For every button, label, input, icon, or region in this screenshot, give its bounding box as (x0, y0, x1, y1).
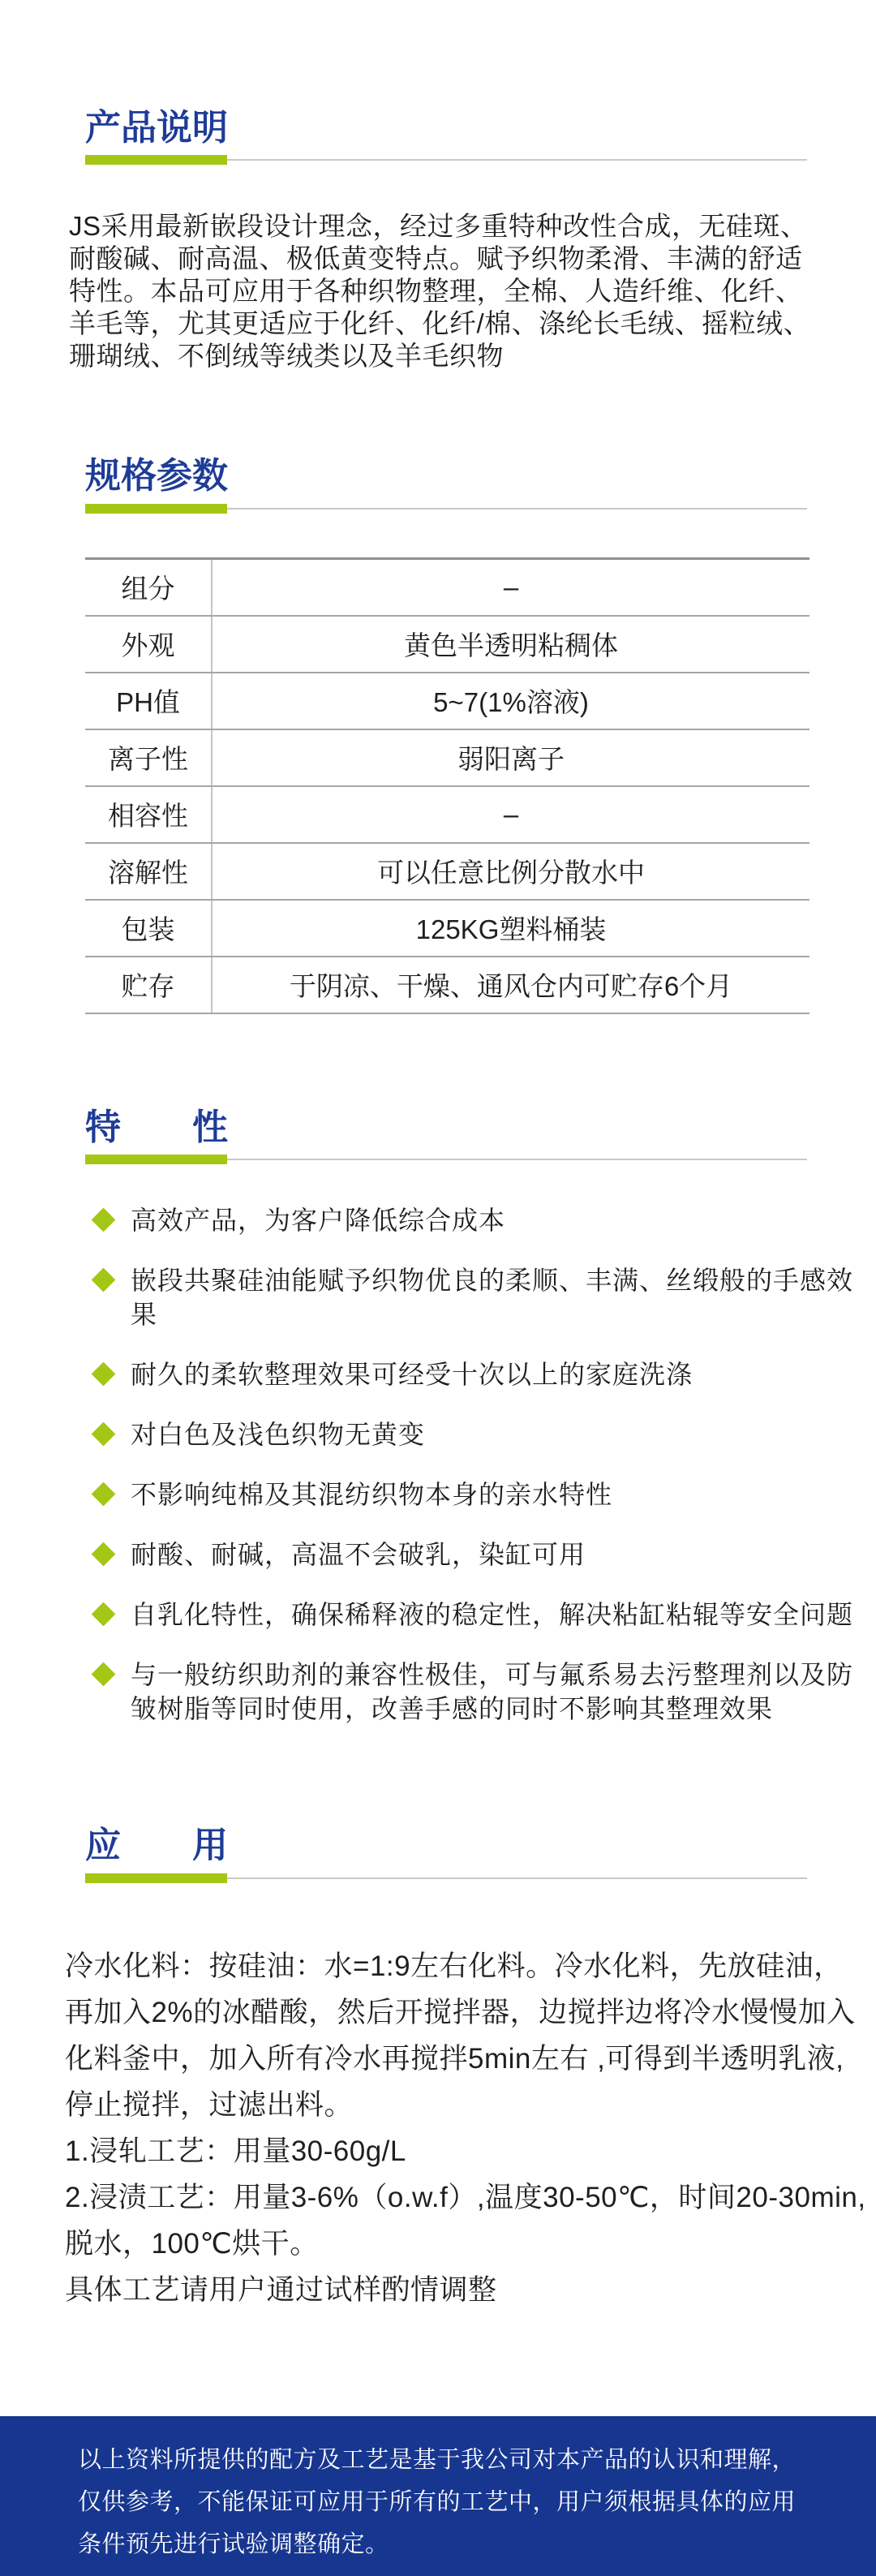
section-title-features: 特 性 (85, 1108, 807, 1147)
green-accent-bar (85, 504, 227, 514)
section-title-application: 应 用 (85, 1826, 807, 1865)
gray-rule-line (227, 1877, 807, 1879)
spec-value: 黄色半透明粘稠体 (213, 617, 809, 672)
spec-row-component: 组分 – (85, 560, 809, 617)
description-text: JS采用最新嵌段设计理念，经过多重特种改性合成，无硅斑、 耐酸碱、耐高温、极低黄… (69, 210, 844, 372)
feature-text: 对白色及浅色织物无黄变 (131, 1417, 425, 1451)
section-specs: 规格参数 组分 – 外观 黄色半透明粘稠体 PH值 5~7(1%溶液) 离子性 … (0, 457, 876, 1013)
spec-row-storage: 贮存 于阴凉、干燥、通风仓内可贮存6个月 (85, 957, 809, 1014)
section-divider (85, 1873, 807, 1883)
list-item: 不影响纯棉及其混纺织物本身的亲水特性 (91, 1477, 868, 1512)
section-divider (85, 155, 807, 165)
section-divider (85, 1155, 807, 1164)
section-title-specs: 规格参数 (85, 457, 807, 496)
spec-value: 125KG塑料桶装 (213, 901, 809, 956)
section-application: 应 用 冷水化料：按硅油：水=1:9左右化料。冷水化料，先放硅油， 再加入2%的… (0, 1826, 876, 2312)
spec-row-appearance: 外观 黄色半透明粘稠体 (85, 617, 809, 673)
green-accent-bar (85, 1155, 227, 1164)
gray-rule-line (227, 508, 807, 510)
spec-row-solubility: 溶解性 可以任意比例分散水中 (85, 844, 809, 901)
green-accent-bar (85, 1873, 227, 1883)
green-accent-bar (85, 155, 227, 165)
spec-label: 溶解性 (85, 844, 213, 899)
list-item: 耐久的柔软整理效果可经受十次以上的家庭洗涤 (91, 1357, 868, 1391)
application-text: 冷水化料：按硅油：水=1:9左右化料。冷水化料，先放硅油， 再加入2%的冰醋酸，… (65, 1943, 868, 2313)
diamond-bullet-icon (92, 1542, 116, 1567)
spec-label: 外观 (85, 617, 213, 672)
list-item: 耐酸、耐碱，高温不会破乳，染缸可用 (91, 1537, 868, 1572)
diamond-bullet-icon (92, 1268, 116, 1292)
diamond-bullet-icon (92, 1208, 116, 1232)
diamond-bullet-icon (92, 1422, 116, 1447)
diamond-bullet-icon (92, 1362, 116, 1387)
section-features: 特 性 高效产品，为客户降低综合成本 嵌段共聚硅油能赋予织物优良的柔顺、丰满、丝… (0, 1108, 876, 1726)
specs-table: 组分 – 外观 黄色半透明粘稠体 PH值 5~7(1%溶液) 离子性 弱阳离子 … (85, 557, 809, 1014)
disclaimer-footer: 以上资料所提供的配方及工艺是基于我公司对本产品的认识和理解， 仅供参考，不能保证… (0, 2416, 876, 2576)
list-item: 对白色及浅色织物无黄变 (91, 1417, 868, 1451)
disclaimer-text: 以上资料所提供的配方及工艺是基于我公司对本产品的认识和理解， 仅供参考，不能保证… (0, 2416, 876, 2565)
diamond-bullet-icon (92, 1662, 116, 1687)
list-item: 嵌段共聚硅油能赋予织物优良的柔顺、丰满、丝缎般的手感效果 (91, 1263, 868, 1331)
spec-row-packaging: 包装 125KG塑料桶装 (85, 901, 809, 957)
product-detail-page: 产品说明 JS采用最新嵌段设计理念，经过多重特种改性合成，无硅斑、 耐酸碱、耐高… (0, 109, 876, 2313)
spec-value: – (213, 560, 809, 615)
spec-value: 5~7(1%溶液) (213, 673, 809, 729)
spec-label: PH值 (85, 673, 213, 729)
spec-label: 包装 (85, 901, 213, 956)
feature-text: 耐久的柔软整理效果可经受十次以上的家庭洗涤 (131, 1357, 693, 1391)
spec-row-ph: PH值 5~7(1%溶液) (85, 673, 809, 730)
spec-value: 可以任意比例分散水中 (213, 844, 809, 899)
list-item: 与一般纺织助剂的兼容性极佳，可与氟系易去污整理剂以及防 皱树脂等同时使用，改善手… (91, 1658, 868, 1726)
section-title-description: 产品说明 (85, 109, 807, 148)
section-product-description: 产品说明 JS采用最新嵌段设计理念，经过多重特种改性合成，无硅斑、 耐酸碱、耐高… (0, 109, 876, 372)
diamond-bullet-icon (92, 1482, 116, 1507)
feature-text: 与一般纺织助剂的兼容性极佳，可与氟系易去污整理剂以及防 皱树脂等同时使用，改善手… (131, 1658, 853, 1726)
feature-text: 自乳化特性，确保稀释液的稳定性，解决粘缸粘辊等安全问题 (131, 1598, 853, 1632)
gray-rule-line (227, 159, 807, 161)
spec-row-compatibility: 相容性 – (85, 787, 809, 844)
feature-text: 耐酸、耐碱，高温不会破乳，染缸可用 (131, 1537, 586, 1572)
spec-label: 离子性 (85, 730, 213, 785)
section-divider (85, 504, 807, 514)
spec-value: 于阴凉、干燥、通风仓内可贮存6个月 (213, 957, 809, 1013)
feature-text: 高效产品，为客户降低综合成本 (131, 1203, 505, 1237)
diamond-bullet-icon (92, 1602, 116, 1627)
spec-row-ionicity: 离子性 弱阳离子 (85, 730, 809, 787)
list-item: 高效产品，为客户降低综合成本 (91, 1203, 868, 1237)
list-item: 自乳化特性，确保稀释液的稳定性，解决粘缸粘辊等安全问题 (91, 1598, 868, 1632)
spec-label: 组分 (85, 560, 213, 615)
gray-rule-line (227, 1159, 807, 1160)
spec-label: 贮存 (85, 957, 213, 1013)
spec-value: 弱阳离子 (213, 730, 809, 785)
spec-label: 相容性 (85, 787, 213, 842)
features-list: 高效产品，为客户降低综合成本 嵌段共聚硅油能赋予织物优良的柔顺、丰满、丝缎般的手… (91, 1203, 868, 1726)
feature-text: 嵌段共聚硅油能赋予织物优良的柔顺、丰满、丝缎般的手感效果 (131, 1263, 868, 1331)
feature-text: 不影响纯棉及其混纺织物本身的亲水特性 (131, 1477, 612, 1512)
spec-value: – (213, 787, 809, 842)
